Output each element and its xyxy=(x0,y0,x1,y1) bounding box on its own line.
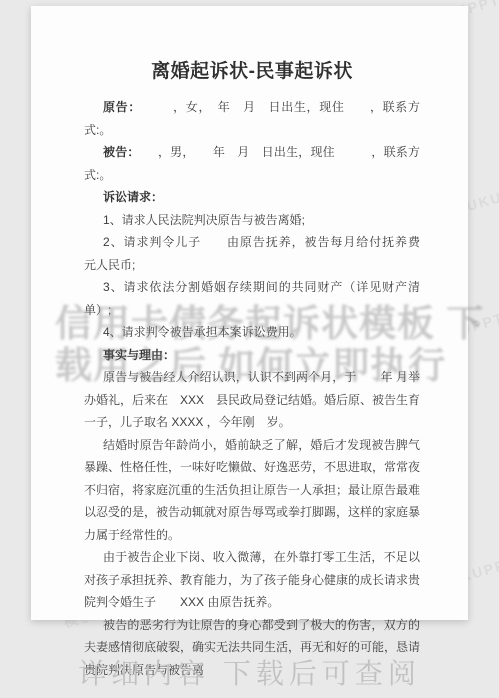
document-body: 原告： ，女， 年 月 日出生，现住 ，联系方式:。 被告： ，男， 年 月 日… xyxy=(84,96,420,681)
facts-paragraph: 由于被告企业下岗、收入微薄，在外靠打零工生活，不足以对孩子承担抚养、教育能力，为… xyxy=(84,546,420,614)
claims-heading: 诉讼请求： xyxy=(84,186,420,209)
download-hint-caption: 详细内容 下载后可查阅 xyxy=(0,652,499,692)
preview-stage: 模板办公 TUKUPPT.COM 模板办公 TUKUPPT.COM 模板办公 T… xyxy=(0,0,499,698)
facts-paragraph: 原告与被告经人介绍认识，认识不到两个月，于 年 月举办婚礼，后来在 XXX 县民… xyxy=(84,366,420,434)
claim-item: 4、请求判令被告承担本案诉讼费用。 xyxy=(84,321,420,344)
claim-item: 1、请求人民法院判决原告与被告离婚; xyxy=(84,209,420,232)
plaintiff-text: ，女， 年 月 日出生，现住 ，联系方式:。 xyxy=(84,100,420,137)
facts-paragraph: 结婚时原告年龄尚小，婚前缺乏了解，婚后才发现被告脾气暴躁、性格任性，一味好吃懒做… xyxy=(84,434,420,547)
defendant-label: 被告： xyxy=(103,145,134,159)
document-sheet: 离婚起诉状-民事起诉状 原告： ，女， 年 月 日出生，现住 ，联系方式:。 被… xyxy=(31,6,468,620)
facts-heading: 事实与理由： xyxy=(84,344,420,367)
claim-item: 3、请求依法分割婚姻存续期间的共同财产（详见财产清单）; xyxy=(84,276,420,321)
document-title: 离婚起诉状-民事起诉状 xyxy=(84,58,420,86)
plaintiff-label: 原告： xyxy=(103,100,135,114)
plaintiff-line: 原告： ，女， 年 月 日出生，现住 ，联系方式:。 xyxy=(84,96,420,141)
claim-item: 2、请求判令儿子 由原告抚养，被告每月给付抚养费 元人民币; xyxy=(84,231,420,276)
defendant-line: 被告： ，男， 年 月 日出生，现住 ，联系方式:。 xyxy=(84,141,420,186)
defendant-text: ，男， 年 月 日出生，现住 ，联系方式:。 xyxy=(84,145,420,182)
